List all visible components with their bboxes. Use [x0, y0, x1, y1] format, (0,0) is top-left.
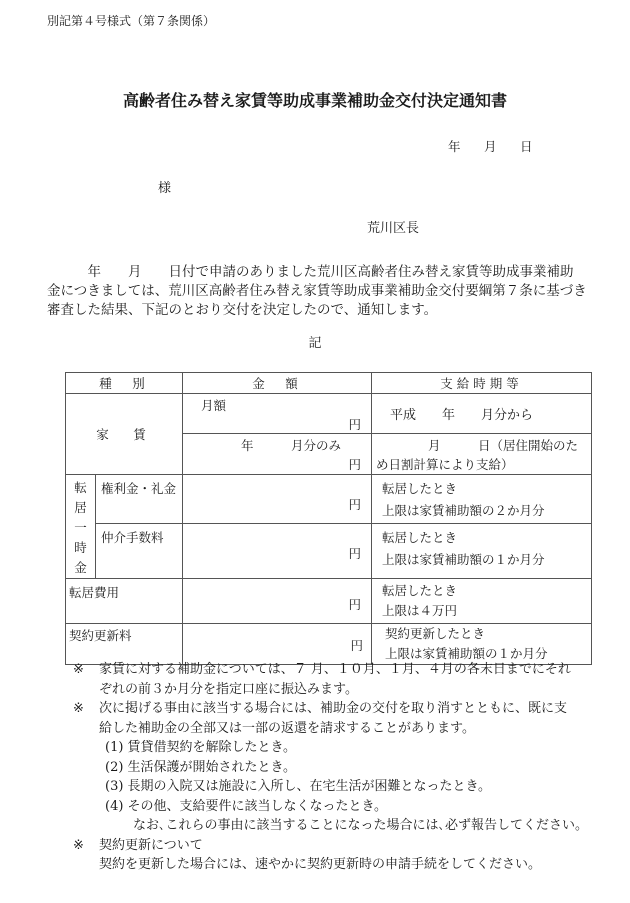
body-line: 金につきましては、荒川区高齢者住み替え家賃等助成事業補助金交付要綱第７条に基づき	[47, 282, 587, 301]
note-renewal: ※ 契約更新について	[47, 836, 588, 856]
date-day: 日	[520, 137, 533, 155]
cancellation-item: (4) その他、支給要件に該当しなくなったとき。	[47, 797, 588, 817]
renewal-fee-amount: 円	[183, 624, 372, 665]
moving-cost-label: 転居費用	[66, 579, 183, 624]
grant-table: 種 別 金 額 支給時期等 家 賃 月額 円 平成 年 月分から 年 月分のみ …	[65, 372, 592, 665]
moving-cost-amount: 円	[183, 579, 372, 624]
rent-monthly-amount: 月額 円	[183, 394, 372, 434]
monthly-label: 月額	[201, 396, 226, 414]
notes-section: ※ 家賃に対する補助金については、７ 月、１０月、１月、４月の各末日までにそれ …	[47, 660, 588, 875]
note-payment-schedule: ※ 家賃に対する補助金については、７ 月、１０月、１月、４月の各末日までにそれ	[47, 660, 588, 680]
table-row-rent-monthly: 家 賃 月額 円 平成 年 月分から	[66, 394, 592, 434]
key-money-amount: 円	[183, 475, 372, 524]
header-amount: 金 額	[183, 373, 372, 394]
key-money-label: 権利金・礼金	[96, 475, 183, 524]
date-line: 年月日	[448, 137, 533, 155]
moving-lump-sum-label: 転 居 一 時 金	[66, 475, 96, 579]
note-mark: ※	[73, 699, 84, 719]
ki-heading: 記	[0, 332, 630, 351]
addressee: 様	[158, 177, 171, 196]
date-month: 月	[484, 137, 520, 155]
note-mark: ※	[73, 660, 84, 680]
note-cancellation: ※ 次に掲げる事由に該当する場合には、補助金の交付を取り消すとともに、既に支	[47, 699, 588, 719]
table-header-row: 種 別 金 額 支給時期等	[66, 373, 592, 394]
rent-monthly-payment: 平成 年 月分から	[372, 394, 592, 434]
cancellation-item: (2) 生活保護が開始されたとき。	[47, 758, 588, 778]
body-paragraph: 年 月 日付で申請のありました荒川区高齢者住み替え家賃等助成事業補助 金につきま…	[47, 263, 587, 320]
body-line: 年 月 日付で申請のありました荒川区高齢者住み替え家賃等助成事業補助	[47, 263, 587, 282]
key-money-payment: 転居したとき 上限は家賃補助額の２か月分	[372, 475, 592, 524]
renewal-instruction: 契約を更新した場合には、速やかに契約更新時の申請手続をしてください。	[47, 855, 588, 875]
cancellation-item: (3) 長期の入院又は施設に入所し、在宅生活が困難となったとき。	[47, 777, 588, 797]
renewal-fee-payment: 契約更新したとき 上限は家賃補助額の１か月分	[372, 624, 592, 665]
renewal-fee-label: 契約更新料	[66, 624, 183, 665]
table-row-moving-cost: 転居費用 円 転居したとき 上限は４万円	[66, 579, 592, 624]
body-line: 審査した結果、下記のとおり交付を決定したので、通知します。	[47, 301, 587, 320]
issuer: 荒川区長	[367, 217, 419, 236]
yen-unit: 円	[349, 415, 362, 433]
rent-partial-amount: 年 月分のみ 円	[183, 434, 372, 475]
table-row-key-money: 転 居 一 時 金 権利金・礼金 円 転居したとき 上限は家賃補助額の２か月分	[66, 475, 592, 524]
moving-cost-payment: 転居したとき 上限は４万円	[372, 579, 592, 624]
partial-label: 年 月分のみ	[241, 436, 341, 454]
agency-fee-amount: 円	[183, 524, 372, 579]
document-title: 高齢者住み替え家賃等助成事業補助金交付決定通知書	[0, 88, 630, 111]
agency-fee-payment: 転居したとき 上限は家賃補助額の１か月分	[372, 524, 592, 579]
yen-unit: 円	[349, 455, 362, 473]
header-payment: 支給時期等	[372, 373, 592, 394]
rent-partial-payment: 月 日（居住開始のた め日割計算により支給）	[372, 434, 592, 475]
report-note: なお､これらの事由に該当することになった場合には､必ず報告してください。	[47, 816, 588, 836]
table-row-agency-fee: 仲介手数料 円 転居したとき 上限は家賃補助額の１か月分	[66, 524, 592, 579]
rent-label: 家 賃	[66, 394, 183, 475]
note-mark: ※	[73, 836, 84, 856]
header-kind: 種 別	[66, 373, 183, 394]
agency-fee-label: 仲介手数料	[96, 524, 183, 579]
form-number: 別記第４号様式（第７条関係）	[47, 12, 215, 29]
table-row-renewal-fee: 契約更新料 円 契約更新したとき 上限は家賃補助額の１か月分	[66, 624, 592, 665]
cancellation-item: (1) 賃貸借契約を解除したとき。	[47, 738, 588, 758]
date-year: 年	[448, 137, 484, 155]
